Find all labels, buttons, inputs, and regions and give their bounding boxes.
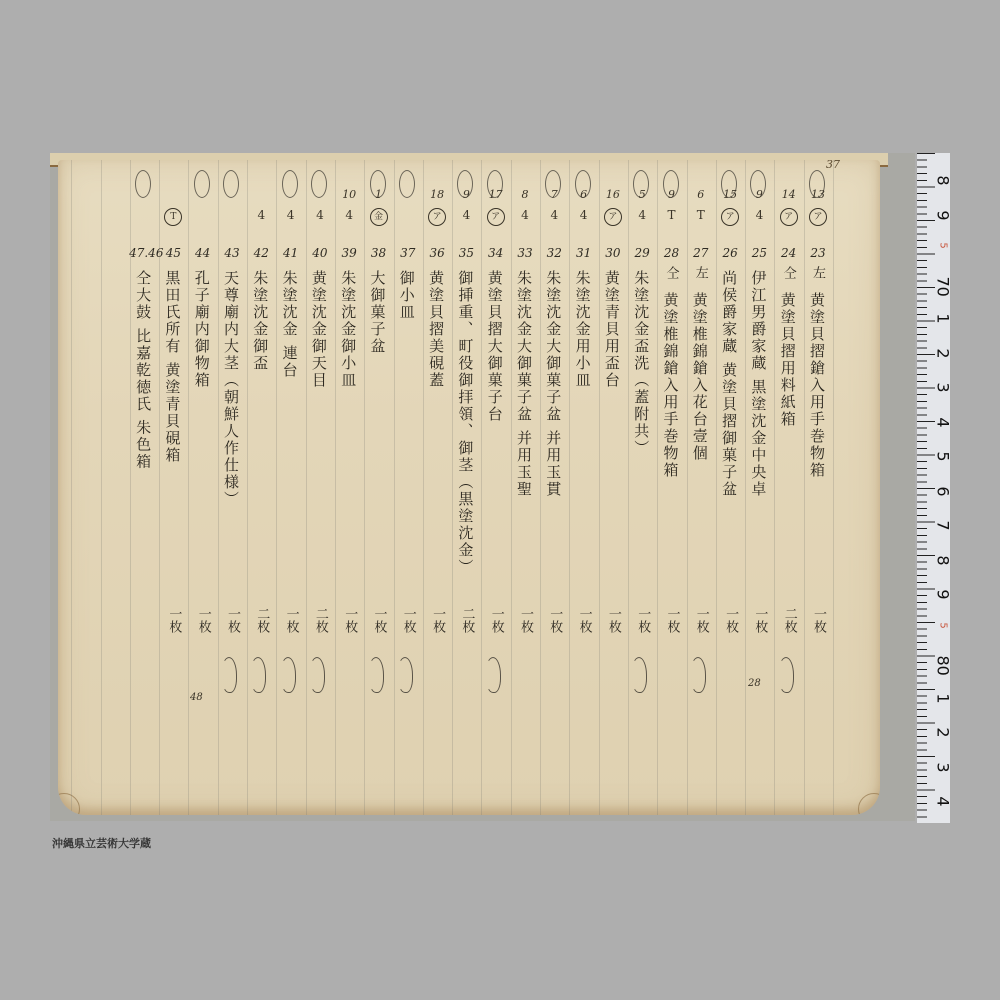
ruler-label: 3 [934,380,953,396]
tally-oval-mark [135,170,151,198]
item-description: 黄塗貝摺大御菓子台 [485,270,505,423]
item-count: 二枚 [774,600,804,640]
category-mark: T [657,208,687,222]
measurement-ruler: 895701234567895801234 [917,153,950,823]
item-count: 一枚 [510,600,540,640]
entry-number: 28 [657,246,687,260]
entry-number: 38 [364,246,394,260]
tally-oval-mark [194,170,210,198]
item-description: 黄塗青貝用盃台 [602,270,622,389]
item-description: 天尊廟内大茎（朝鮮人作仕様） [221,270,241,508]
ruler-label: 3 [934,759,953,775]
collection-caption: 沖縄県立芸術大学蔵 [52,835,151,851]
item-ref-number: 14 [774,188,804,201]
entry-number: 24 [774,246,804,260]
check-mark-icon [397,657,413,693]
item-description: 朱塗沈金大御菓子盆 并用玉貫 [543,270,563,498]
item-count: 二枚 [451,600,481,640]
category-mark: 4 [305,208,335,222]
check-mark-icon [368,657,384,693]
ledger-entry: 18ア36黄塗貝摺美硯蓋一枚 [422,160,452,760]
category-mark: 4 [451,208,481,222]
category-mark-text: T [667,208,675,222]
check-mark-icon [309,657,325,693]
ledger-page: 37 48 28 13ア23左黄塗貝摺鎗入用手巻物箱一枚14ア24仝黄塗貝摺用料… [58,160,880,815]
ledger-entry: 7432朱塗沈金大御菓子盆 并用玉貫一枚 [539,160,569,760]
item-description: 孔子廟内御物箱 [192,270,212,389]
item-count: 一枚 [334,600,364,640]
item-description: 黄塗沈金御天目 [309,270,329,389]
tally-oval-mark [223,170,239,198]
category-mark: 4 [510,208,540,222]
entry-number: 35 [451,246,481,260]
item-count: 一枚 [598,600,628,640]
category-mark: ア [598,208,628,226]
item-description: 朱塗沈金御小皿 [338,270,358,389]
corner-fold-left [58,793,80,815]
category-mark-text: 4 [345,208,353,222]
ruler-label: 4 [934,414,953,430]
ledger-entry: 6431朱塗沈金用小皿一枚 [569,160,599,760]
entry-number: 36 [422,246,452,260]
category-mark-text: 4 [756,208,764,222]
tally-oval-mark [282,170,298,198]
category-mark-text: ア [487,208,505,226]
ledger-entry: 16ア30黄塗青貝用盃台一枚 [598,160,628,760]
item-description: 朱塗沈金御盃 [250,270,270,372]
entry-prefix: 左 [690,266,710,281]
item-description: 尚侯爵家蔵 黄塗貝摺御菓子盆 [719,270,739,498]
category-mark: ア [422,208,452,226]
item-description: 朱塗沈金大御菓子盆 并用玉聖 [514,270,534,498]
category-mark-text: 4 [316,208,324,222]
item-ref-number: 9 [451,188,481,201]
entry-number: 40 [305,246,335,260]
check-mark-icon [250,657,266,693]
ruler-label: 1 [934,311,953,327]
corner-fold-right [858,793,880,815]
item-ref-number: 17 [481,188,511,201]
item-ref-number: 13 [803,188,833,201]
item-ref-number: 10 [334,188,364,201]
item-description: 御挿重、町役御拝領、御茎（黒塗沈金） [455,270,475,576]
item-count: 一枚 [364,600,394,640]
item-count: 一枚 [803,600,833,640]
item-description: 黄塗貝摺用料紙箱 [778,292,798,428]
category-mark: 4 [276,208,306,222]
ledger-entry: 43天尊廟内大茎（朝鮮人作仕様）一枚 [217,160,247,760]
entry-number: 25 [744,246,774,260]
item-description: 朱塗沈金 連台 [280,270,300,379]
item-ref-number: 15 [715,188,745,201]
category-mark-text: ア [604,208,622,226]
ruler-label: 5 [934,449,953,465]
category-mark: ア [774,208,804,226]
ruler-label: 4 [934,794,953,810]
item-description: 朱塗沈金盃洗（蓋附共） [631,270,651,457]
check-mark-icon [221,657,237,693]
item-count: 一枚 [393,600,423,640]
category-mark-text: 4 [521,208,529,222]
category-mark-text: 金 [370,208,388,226]
category-mark: 4 [744,208,774,222]
item-ref-number: 9 [657,188,687,201]
ledger-entry: 6T27左黄塗椎錦鎗入花台壹個一枚 [686,160,716,760]
category-mark: 4 [539,208,569,222]
entry-number: 42 [246,246,276,260]
ledger-entry: 15ア26尚侯爵家蔵 黄塗貝摺御菓子盆一枚 [715,160,745,760]
ruler-major-ticks [917,153,935,823]
category-mark: ア [481,208,511,226]
item-count: 一枚 [158,600,188,640]
entry-number: 30 [598,246,628,260]
entry-number: 47.46 [129,246,159,260]
ruler-label: 9 [934,587,953,603]
item-ref-number: 5 [627,188,657,201]
category-mark: ア [803,208,833,226]
category-mark-text: 4 [257,208,265,222]
entry-number: 41 [276,246,306,260]
entry-number: 31 [569,246,599,260]
item-description: 伊江男爵家蔵 黒塗沈金中央卓 [748,270,768,498]
item-count: 一枚 [686,600,716,640]
ruled-line [833,160,834,815]
ruler-label: 70 [934,276,953,292]
check-mark-icon [280,657,296,693]
item-description: 黄塗貝摺美硯蓋 [426,270,446,389]
ruler-label: 2 [934,345,953,361]
ruled-line [101,160,102,815]
item-description: 黄塗椎錦鎗入用手巻物箱 [661,292,681,479]
item-description: 黒田氏所有 黄塗青貝硯箱 [162,270,182,464]
item-count: 二枚 [246,600,276,640]
category-mark: T [158,208,188,226]
entry-number: 37 [393,246,423,260]
item-ref-number: 7 [539,188,569,201]
category-mark: 金 [364,208,394,226]
item-description: 大御菓子盆 [368,270,388,355]
ledger-entry: 37御小皿一枚 [393,160,423,760]
ruler-label: 8 [934,173,953,189]
ledger-entry: 13ア23左黄塗貝摺鎗入用手巻物箱一枚 [803,160,833,760]
item-count: 一枚 [744,600,774,640]
item-count: 一枚 [188,600,218,640]
item-ref-number: 18 [422,188,452,201]
ruler-label: 8 [934,552,953,568]
tally-oval-mark [399,170,415,198]
category-mark-text: ア [780,208,798,226]
entry-prefix: 左 [807,266,827,281]
entry-number: 29 [627,246,657,260]
entry-number: 23 [803,246,833,260]
entry-number: 34 [481,246,511,260]
ruler-label: 7 [934,518,953,534]
check-mark-icon [690,657,706,693]
item-description: 黄塗貝摺鎗入用手巻物箱 [807,292,827,479]
ruler-label: 1 [934,690,953,706]
ruler-label: 5 [938,238,949,254]
entry-number: 32 [539,246,569,260]
item-ref-number: 16 [598,188,628,201]
ruler-label: 5 [938,617,949,633]
item-count [129,600,159,640]
ledger-entry: 9T28仝黄塗椎錦鎗入用手巻物箱一枚 [657,160,687,760]
item-count: 一枚 [627,600,657,640]
entry-number: 26 [715,246,745,260]
check-mark-icon [778,657,794,693]
category-mark: ア [715,208,745,226]
ledger-entry: 10439朱塗沈金御小皿一枚 [334,160,364,760]
category-mark: 4 [627,208,657,222]
item-description: 仝大鼓 比嘉乾徳氏 朱色箱 [133,270,153,471]
ruler-label: 2 [934,725,953,741]
category-mark-text: ア [428,208,446,226]
category-mark-text: 4 [463,208,471,222]
entry-number: 44 [188,246,218,260]
item-ref-number: 6 [686,188,716,201]
ledger-entry: 8433朱塗沈金大御菓子盆 并用玉聖一枚 [510,160,540,760]
category-mark-text: 4 [287,208,295,222]
ruler-label: 6 [934,483,953,499]
item-ref-number: 9 [744,188,774,201]
category-mark-text: 4 [638,208,646,222]
check-mark-icon [631,657,647,693]
ledger-entry: 44孔子廟内御物箱一枚 [188,160,218,760]
check-mark-icon [485,657,501,693]
category-mark: 4 [246,208,276,222]
category-mark-text: T [164,208,182,226]
item-ref-number: 8 [510,188,540,201]
category-mark: T [686,208,716,222]
ledger-entry: 14ア24仝黄塗貝摺用料紙箱二枚 [774,160,804,760]
entry-number: 33 [510,246,540,260]
ledger-entry: 47.46仝大鼓 比嘉乾徳氏 朱色箱 [129,160,159,760]
entry-number: 39 [334,246,364,260]
entry-number: 27 [686,246,716,260]
item-count: 一枚 [217,600,247,640]
item-count: 二枚 [305,600,335,640]
category-mark-text: ア [721,208,739,226]
item-count: 一枚 [539,600,569,640]
category-mark-text: 4 [550,208,558,222]
category-mark-text: ア [809,208,827,226]
category-mark-text: 4 [580,208,588,222]
item-ref-number: 6 [569,188,599,201]
category-mark: 4 [569,208,599,222]
entry-prefix: 仝 [661,266,681,281]
ruler-label: 80 [934,656,953,672]
ledger-entry: 442朱塗沈金御盃二枚 [246,160,276,760]
category-mark-text: T [697,208,705,222]
tally-oval-mark [311,170,327,198]
item-count: 一枚 [276,600,306,640]
ledger-entry: 17ア34黄塗貝摺大御菓子台一枚 [481,160,511,760]
item-count: 一枚 [569,600,599,640]
item-count: 一枚 [481,600,511,640]
ledger-entry: 5429朱塗沈金盃洗（蓋附共）一枚 [627,160,657,760]
ledger-entry: 9435御挿重、町役御拝領、御茎（黒塗沈金）二枚 [451,160,481,760]
item-description: 御小皿 [397,270,417,321]
entry-number: 43 [217,246,247,260]
ledger-entry: 440黄塗沈金御天目二枚 [305,160,335,760]
item-ref-number: 1 [364,188,394,201]
ruled-line [71,160,72,815]
category-mark: 4 [334,208,364,222]
item-description: 黄塗椎錦鎗入花台壹個 [690,292,710,462]
item-description: 朱塗沈金用小皿 [573,270,593,389]
ledger-entry: 1金38大御菓子盆一枚 [364,160,394,760]
ledger-entry: 441朱塗沈金 連台一枚 [276,160,306,760]
ruler-label: 9 [934,207,953,223]
item-count: 一枚 [715,600,745,640]
entry-prefix: 仝 [778,266,798,281]
item-count: 一枚 [657,600,687,640]
ledger-entry: 9425伊江男爵家蔵 黒塗沈金中央卓一枚 [744,160,774,760]
item-count: 一枚 [422,600,452,640]
